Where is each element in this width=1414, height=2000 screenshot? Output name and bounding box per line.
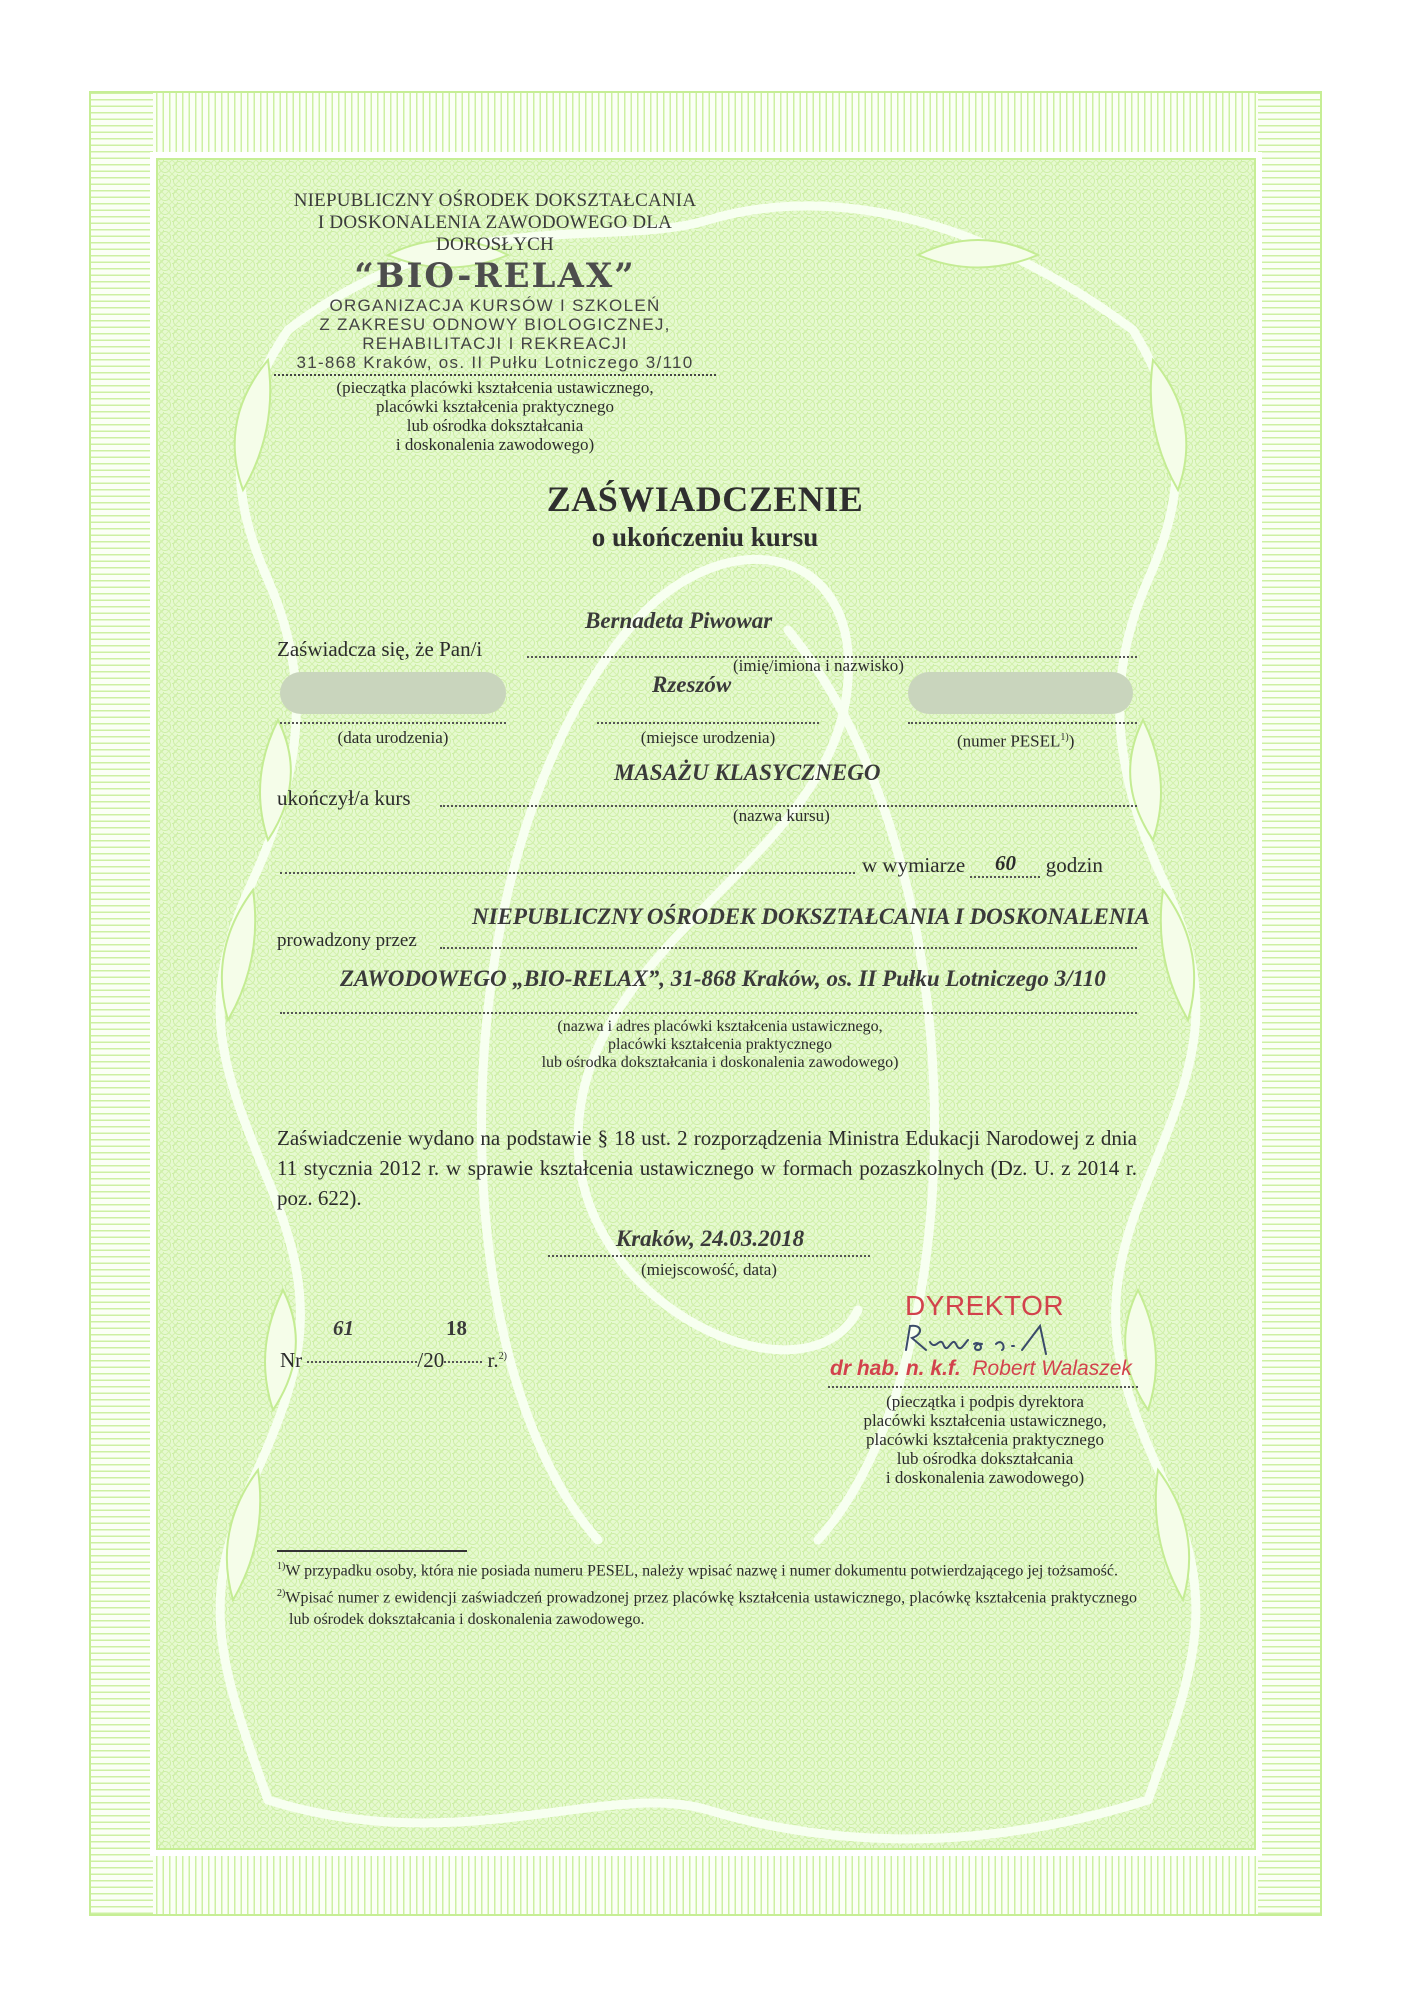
name-caption: (imię/imiona i nazwisko): [733, 656, 904, 675]
document-subtitle: o ukończeniu kursu: [450, 522, 960, 553]
hours-value: 60: [995, 851, 1016, 875]
course-value: MASAŻU KLASYCZNEGO: [614, 760, 880, 786]
provider-line-1: NIEPUBLICZNY OŚRODEK DOKSZTAŁCANIA I DOS…: [472, 904, 1150, 930]
provider-caption: (nazwa i adres placówki kształcenia usta…: [400, 1018, 1040, 1072]
border-band-bottom: [91, 1848, 1320, 1914]
provider-dotted-line-1: [440, 947, 1137, 949]
stamp-line-3: ORGANIZACJA KURSÓW I SZKOLEŃ: [260, 296, 730, 315]
provider-label: prowadzony przez: [277, 930, 417, 952]
border-band-top: [91, 93, 1320, 159]
stamp-dotted-line: [274, 374, 716, 376]
stamp-caption-4: i doskonalenia zawodowego): [260, 435, 730, 454]
certificate-number-row: Nr /20 r.2): [280, 1348, 507, 1373]
provider-dotted-line-2: [280, 1012, 1137, 1014]
hours-dotted-line: [280, 872, 855, 874]
name-label: Zaświadcza się, że Pan/i: [277, 637, 482, 662]
place-date-dotted-line: [548, 1255, 870, 1257]
footnote-separator: [277, 1550, 467, 1552]
handwritten-signature-icon: [900, 1320, 1100, 1362]
birth-date-redaction: [280, 672, 506, 714]
pesel-dotted-line: [908, 722, 1137, 724]
course-label: ukończył/a kurs: [277, 786, 411, 811]
hours-prefix: w wymiarze: [862, 853, 965, 877]
border-band-right: [1258, 93, 1320, 1914]
pesel-redaction: [908, 672, 1133, 714]
certificate-year-value: 18: [446, 1316, 467, 1341]
stamp-caption-2: placówki kształcenia praktycznego: [260, 397, 730, 416]
birth-date-caption: (data urodzenia): [280, 728, 506, 747]
place-date-value: Kraków, 24.03.2018: [550, 1226, 870, 1252]
pesel-caption: (numer PESEL1)): [957, 728, 1074, 751]
stamp-line-5: REHABILITACJI I REKREACJI: [260, 334, 730, 353]
stamp-line-1: NIEPUBLICZNY OŚRODEK DOKSZTAŁCANIA: [260, 190, 730, 212]
footnote-2: 2)Wpisać numer z ewidencji zaświadczeń p…: [277, 1583, 1137, 1629]
provider-line-2: ZAWODOWEGO „BIO-RELAX”, 31-868 Kraków, o…: [340, 966, 1106, 992]
border-band-left: [91, 93, 153, 1914]
director-stamp-name: dr hab. n. k.f. Robert Walaszek: [830, 1357, 1132, 1381]
legal-basis-paragraph: Zaświadczenie wydano na podstawie § 18 u…: [277, 1123, 1137, 1213]
birth-place-value: Rzeszów: [652, 672, 731, 698]
director-stamp-title: DYREKTOR: [905, 1290, 1064, 1322]
stamp-brand: “BIO-RELAX”: [260, 256, 730, 296]
footnote-1: 1)W przypadku osoby, która nie posiada n…: [277, 1556, 1137, 1581]
institution-stamp: NIEPUBLICZNY OŚRODEK DOKSZTAŁCANIA I DOS…: [260, 190, 730, 454]
stamp-caption-3: lub ośrodka dokształcania: [260, 416, 730, 435]
course-caption: (nazwa kursu): [733, 806, 830, 825]
document-title: ZAŚWIADCZENIE: [450, 478, 960, 520]
stamp-caption-1: (pieczątka placówki kształcenia ustawicz…: [260, 378, 730, 397]
birth-place-dotted-line: [597, 722, 819, 724]
stamp-line-2: I DOSKONALENIA ZAWODOWEGO DLA DOROSŁYCH: [260, 212, 730, 256]
signature-caption: (pieczątka i podpis dyrektora placówki k…: [830, 1392, 1140, 1487]
hours-suffix: godzin: [1046, 853, 1103, 877]
birth-date-dotted-line: [280, 722, 506, 724]
stamp-address: 31-868 Kraków, os. II Pułku Lotniczego 3…: [260, 353, 730, 372]
place-date-caption: (miejscowość, data): [548, 1260, 870, 1279]
birth-place-caption: (miejsce urodzenia): [597, 728, 819, 747]
stamp-line-4: Z ZAKRESU ODNOWY BIOLOGICZNEJ,: [260, 315, 730, 334]
hours-row: w wymiarze 60 godzin: [862, 853, 1103, 880]
certificate-number-value: 61: [333, 1316, 354, 1341]
footnotes: 1)W przypadku osoby, która nie posiada n…: [277, 1556, 1137, 1632]
name-value: Bernadeta Piwowar: [585, 608, 772, 634]
signature-dotted-line: [828, 1386, 1138, 1388]
